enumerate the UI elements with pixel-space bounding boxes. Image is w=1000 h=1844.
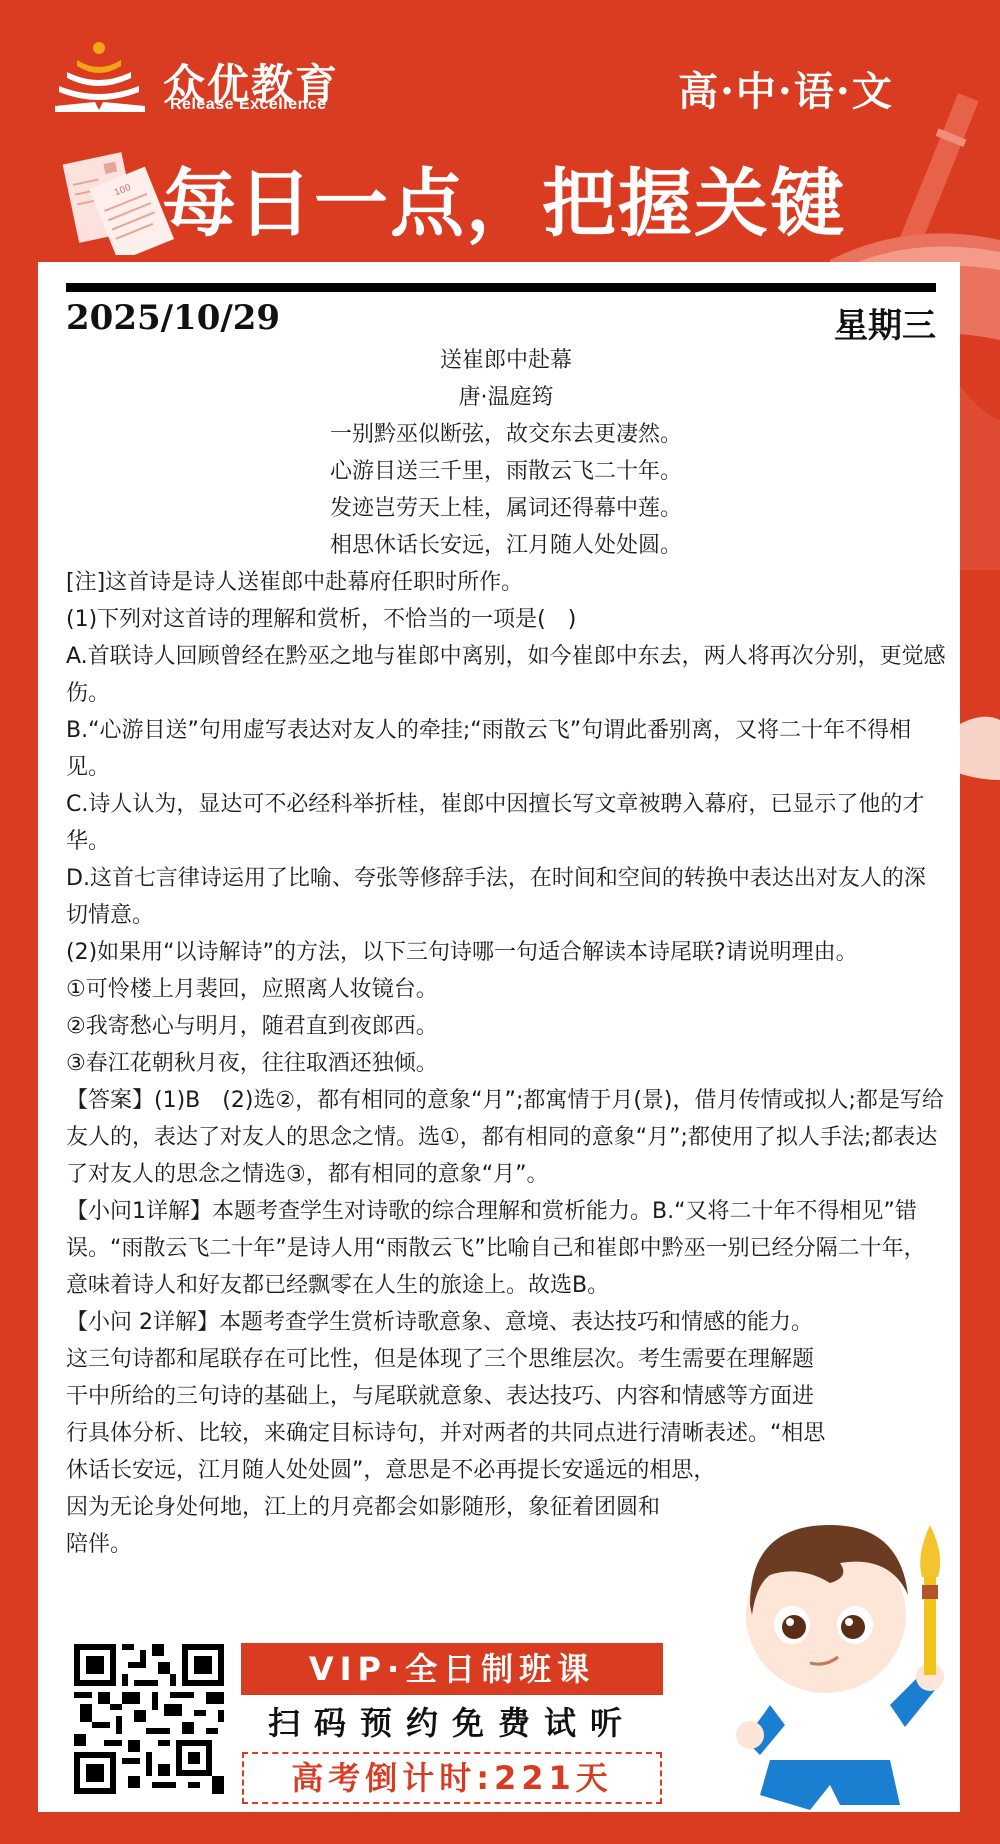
article-body: 送崔郎中赴幕 唐·温庭筠 一别黔巫似断弦，故交东去更凄然。 心游目送三千里，雨散… <box>66 342 946 1563</box>
explanation-1: 【小问1详解】本题考查学生对诗歌的综合理解和赏析能力。B.“又将二十年不得相见”… <box>66 1193 946 1304</box>
poem-line: 心游目送三千里，雨散云飞二十年。 <box>66 453 946 490</box>
brand-tagline: Release Excellence <box>170 96 327 114</box>
scan-to-book-label: 扫码预约免费试听 <box>241 1698 663 1748</box>
qr-code[interactable] <box>74 1644 224 1794</box>
question-1: (1)下列对这首诗的理解和赏析，不恰当的一项是( ) <box>66 601 946 638</box>
poem-choice-3: ③春江花朝秋月夜，往往取酒还独倾。 <box>66 1045 946 1082</box>
brand-logo-icon <box>55 42 155 114</box>
poem-choice-2: ②我寄愁心与明月，随君直到夜郎西。 <box>66 1008 946 1045</box>
question-2: (2)如果用“以诗解诗”的方法，以下三句诗哪一句适合解读本诗尾联?请说明理由。 <box>66 934 946 971</box>
answer-paragraph: 【答案】(1)B (2)选②，都有相同的意象“月”;都寓情于月(景)，借月传情或… <box>66 1082 946 1193</box>
option-b: B.“心游目送”句用虚写表达对友人的牵挂;“雨散云飞”句谓此番别离，又将二十年不… <box>66 712 946 786</box>
vip-course-banner[interactable]: VIP·全日制班课 <box>241 1643 663 1695</box>
date-label: 2025/10/29 <box>66 298 280 338</box>
poem-title: 送崔郎中赴幕 <box>66 342 946 379</box>
poem-line: 发迹岂劳天上桂，属词还得幕中莲。 <box>66 490 946 527</box>
weekday-label: 星期三 <box>834 298 936 347</box>
poem-choice-1: ①可怜楼上月裴回，应照离人妆镜台。 <box>66 971 946 1008</box>
poem-line: 相思休话长安远，江月随人处处圆。 <box>66 527 946 564</box>
option-c: C.诗人认为，显达可不必经科举折桂，崔郎中因擅长写文章被聘入幕府，已显示了他的才… <box>66 786 946 860</box>
note-paragraph: [注]这首诗是诗人送崔郎中赴幕府任职时所作。 <box>66 564 946 601</box>
slogan-heading: 每日一点，把握关键 <box>162 145 846 251</box>
exam-countdown: 高考倒计时:221天 <box>242 1752 662 1804</box>
poem-author: 唐·温庭筠 <box>66 379 946 416</box>
option-a: A.首联诗人回顾曾经在黔巫之地与崔郎中离别，如今崔郎中东去，两人将再次分别，更觉… <box>66 638 946 712</box>
divider-bar <box>66 283 936 292</box>
poem-line: 一别黔巫似断弦，故交东去更凄然。 <box>66 416 946 453</box>
papers-icon: 100 <box>62 145 177 255</box>
option-d: D.这首七言律诗运用了比喻、夸张等修辞手法，在时间和空间的转换中表达出对友人的深… <box>66 860 946 934</box>
mascot-boy-illustration <box>730 1505 960 1815</box>
explanation-2: 【小问 2详解】本题考查学生赏析诗歌意象、意境、表达技巧和情感的能力。这三句诗都… <box>66 1304 826 1489</box>
